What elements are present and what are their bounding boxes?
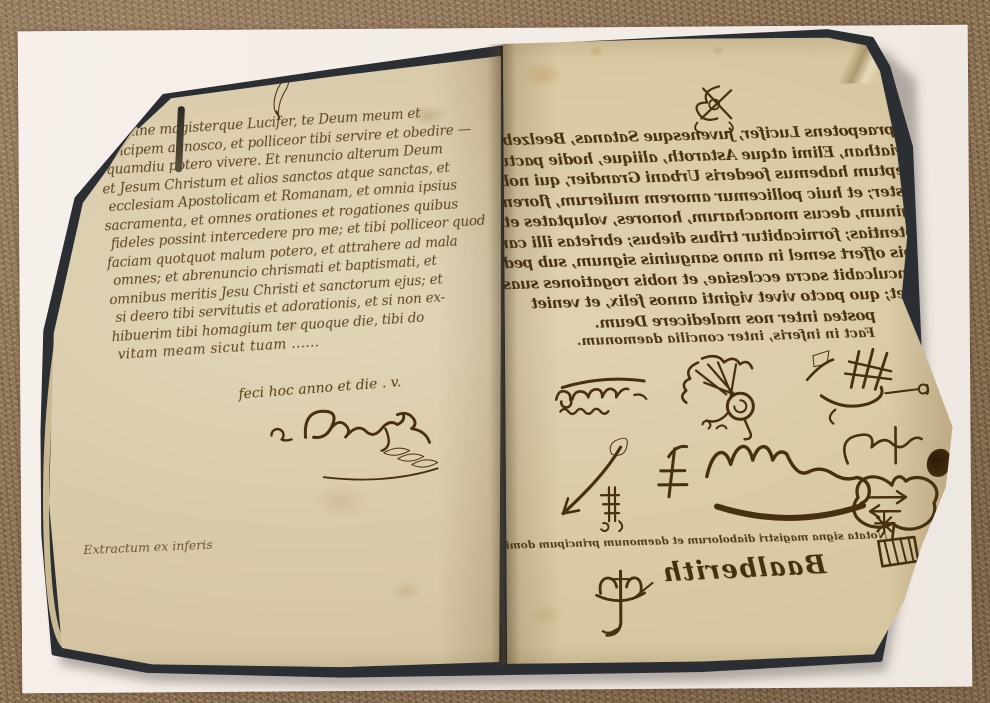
grandier-signature bbox=[265, 388, 456, 486]
photo-mat: Domine magisterque Lucifer, te Deum meum… bbox=[18, 25, 973, 694]
textured-frame: Domine magisterque Lucifer, te Deum meum… bbox=[0, 0, 990, 703]
left-page-text: Domine magisterque Lucifer, te Deum meum… bbox=[98, 101, 494, 365]
satanas-sigil bbox=[548, 369, 653, 420]
manuscript-book: Domine magisterque Lucifer, te Deum meum… bbox=[38, 27, 968, 693]
right-page-mirror-text: Nos praepotens Lucifer, juvenesque Satan… bbox=[488, 118, 936, 335]
elimi-sigil bbox=[549, 431, 655, 540]
footnote: Extractum ex inferis bbox=[83, 538, 213, 557]
baalberith-signature: Baalberith bbox=[621, 546, 867, 592]
gutter-shadow bbox=[486, 44, 520, 666]
